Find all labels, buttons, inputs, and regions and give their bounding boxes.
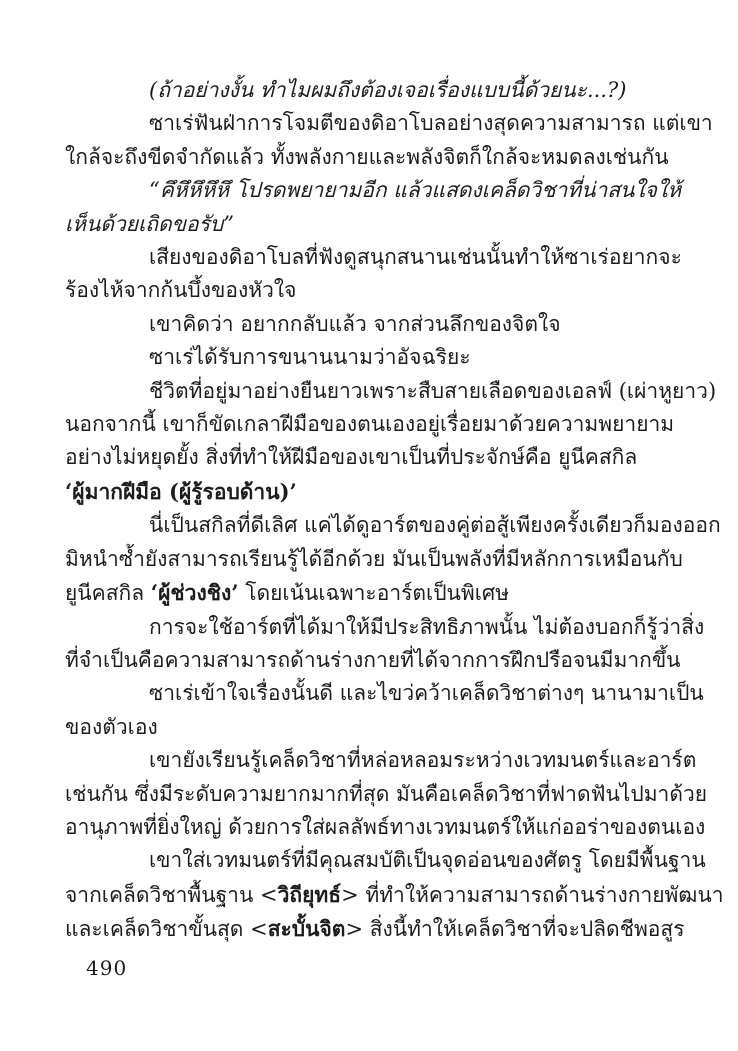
body-text: ใกล้จะถึงขีดจำกัดแล้ว ทั้งพลังกายและพลัง…: [65, 145, 669, 169]
emphasis-text: สะบั้นจิต: [268, 916, 346, 941]
body-text: และเคล็ดวิชาขั้นสุด <: [65, 917, 268, 941]
text-line: เขาใส่เวทมนตร์ที่มีคุณสมบัติเป็นจุดอ่อนข…: [65, 844, 679, 877]
body-text: เช่นกัน ซึ่งมีระดับความยากมากที่สุด มันค…: [65, 782, 707, 806]
text-line: ซาเร่ฟันฝ่าการโจมตีของดิอาโบลอย่างสุดควา…: [65, 107, 679, 140]
body-text: เขาใส่เวทมนตร์ที่มีคุณสมบัติเป็นจุดอ่อนข…: [149, 848, 706, 872]
body-text: โดยเน้นเฉพาะอาร์ตเป็นพิเศษ: [239, 581, 510, 605]
body-text: จากเคล็ดวิชาพื้นฐาน <: [65, 883, 278, 907]
text-line: ยูนีคสกิล ‘ผู้ช่วงชิง’ โดยเน้นเฉพาะอาร์ต…: [65, 576, 679, 610]
text-line: ซาเร่เข้าใจเรื่องนั้นดี และไขว่คว้าเคล็ด…: [65, 677, 679, 710]
body-text: เขาคิดว่า อยากกลับแล้ว จากส่วนลึกของจิตใ…: [149, 312, 561, 336]
body-text: การจะใช้อาร์ตที่ได้มาให้มีประสิทธิภาพนั้…: [149, 615, 704, 639]
page-number: 490: [86, 956, 127, 980]
body-text: ของตัวเอง: [65, 715, 158, 739]
body-text: ชีวิตที่อยู่มาอย่างยืนยาวเพราะสืบสายเลือ…: [149, 379, 716, 403]
book-page: (ถ้าอย่างงั้น ทำไมผมถึงต้องเจอเรื่องแบบน…: [0, 0, 738, 1051]
body-text: ซาเร่ได้รับการขนานนามว่าอัจฉริยะ: [149, 345, 471, 369]
body-text: ซาเร่ฟันฝ่าการโจมตีของดิอาโบลอย่างสุดควา…: [149, 111, 713, 135]
italic-text: เห็นด้วยเถิดขอรับ”: [65, 212, 234, 236]
body-text: ที่จำเป็นคือความสามารถด้านร่างกายที่ได้จ…: [65, 648, 681, 672]
body-text: ซาเร่เข้าใจเรื่องนั้นดี และไขว่คว้าเคล็ด…: [149, 681, 704, 705]
text-block: (ถ้าอย่างงั้น ทำไมผมถึงต้องเจอเรื่องแบบน…: [65, 74, 679, 947]
body-text: ร้องไห้จากก้นบึ้งของหัวใจ: [65, 278, 296, 302]
text-line: อานุภาพที่ยิ่งใหญ่ ด้วยการใส่ผลลัพธ์ทางเ…: [65, 811, 679, 844]
text-line: ร้องไห้จากก้นบึ้งของหัวใจ: [65, 274, 679, 307]
text-line: เสียงของดิอาโบลที่ฟังดูสนุกสนานเช่นนั้นท…: [65, 241, 679, 274]
emphasis-text: วิถียุทธ์: [278, 882, 341, 907]
text-line: ซาเร่ได้รับการขนานนามว่าอัจฉริยะ: [65, 341, 679, 374]
emphasis-text: ‘ผู้มากฝีมือ (ผู้รู้รอบด้าน)’: [65, 479, 297, 504]
text-line: มิหนำซ้ำยังสามารถเรียนรู้ได้อีกด้วย มันเ…: [65, 543, 679, 576]
body-text: อย่างไม่หยุดยั้ง สิ่งที่ทำให้ฝีมือของเขา…: [65, 445, 637, 469]
text-line: “คึหึหึหึหึ โปรดพยายามอีก แล้วแสดงเคล็ดว…: [65, 174, 679, 207]
text-line: เห็นด้วยเถิดขอรับ”: [65, 208, 679, 241]
body-text: > ที่ทำให้ความสามารถด้านร่างกายพัฒนา: [341, 883, 723, 907]
text-line: เช่นกัน ซึ่งมีระดับความยากมากที่สุด มันค…: [65, 778, 679, 811]
text-line: ของตัวเอง: [65, 711, 679, 744]
body-text: > สิ่งนี้ทำให้เคล็ดวิชาที่จะปลิดชีพอสูร: [345, 917, 684, 941]
text-line: (ถ้าอย่างงั้น ทำไมผมถึงต้องเจอเรื่องแบบน…: [65, 74, 679, 107]
text-line: ‘ผู้มากฝีมือ (ผู้รู้รอบด้าน)’: [65, 475, 679, 509]
emphasis-text: ‘ผู้ช่วงชิง’: [151, 580, 239, 605]
body-text: ยูนีคสกิล: [65, 581, 151, 605]
text-line: และเคล็ดวิชาขั้นสุด <สะบั้นจิต> สิ่งนี้ท…: [65, 912, 679, 946]
text-line: อย่างไม่หยุดยั้ง สิ่งที่ทำให้ฝีมือของเขา…: [65, 441, 679, 474]
text-line: จากเคล็ดวิชาพื้นฐาน <วิถียุทธ์> ที่ทำให้…: [65, 878, 679, 912]
text-line: ชีวิตที่อยู่มาอย่างยืนยาวเพราะสืบสายเลือ…: [65, 375, 679, 408]
text-line: ใกล้จะถึงขีดจำกัดแล้ว ทั้งพลังกายและพลัง…: [65, 141, 679, 174]
italic-text: “คึหึหึหึหึ โปรดพยายามอีก แล้วแสดงเคล็ดว…: [149, 178, 681, 202]
body-text: นอกจากนี้ เขาก็ขัดเกลาฝีมือของตนเองอยู่เ…: [65, 412, 674, 436]
text-line: นอกจากนี้ เขาก็ขัดเกลาฝีมือของตนเองอยู่เ…: [65, 408, 679, 441]
text-line: การจะใช้อาร์ตที่ได้มาให้มีประสิทธิภาพนั้…: [65, 611, 679, 644]
body-text: เสียงของดิอาโบลที่ฟังดูสนุกสนานเช่นนั้นท…: [149, 245, 682, 269]
body-text: มิหนำซ้ำยังสามารถเรียนรู้ได้อีกด้วย มันเ…: [65, 547, 683, 571]
italic-text: (ถ้าอย่างงั้น ทำไมผมถึงต้องเจอเรื่องแบบน…: [149, 78, 626, 102]
text-line: ที่จำเป็นคือความสามารถด้านร่างกายที่ได้จ…: [65, 644, 679, 677]
text-line: นี่เป็นสกิลที่ดีเลิศ แค่ได้ดูอาร์ตของคู่…: [65, 509, 679, 542]
body-text: เขายังเรียนรู้เคล็ดวิชาที่หล่อหลอมระหว่า…: [149, 748, 696, 772]
body-text: อานุภาพที่ยิ่งใหญ่ ด้วยการใส่ผลลัพธ์ทางเ…: [65, 815, 705, 839]
text-line: เขายังเรียนรู้เคล็ดวิชาที่หล่อหลอมระหว่า…: [65, 744, 679, 777]
text-line: เขาคิดว่า อยากกลับแล้ว จากส่วนลึกของจิตใ…: [65, 308, 679, 341]
body-text: นี่เป็นสกิลที่ดีเลิศ แค่ได้ดูอาร์ตของคู่…: [149, 513, 721, 537]
